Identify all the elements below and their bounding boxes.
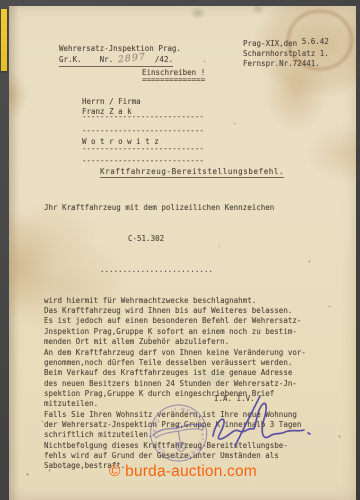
body-line: Es ist jedoch auf einen besonderen Befeh… xyxy=(44,316,324,326)
body-line: An dem Kraftfahrzeug darf von Ihnen kein… xyxy=(44,348,324,358)
body-line: Falls Sie Ihren Wohnsitz verändern,ist I… xyxy=(44,410,324,420)
dateline-place-date: Prag-XIX,den 5.6.42 xyxy=(243,39,329,49)
body-line: mitzuteilen. xyxy=(44,399,324,409)
body-line: genommen,noch dürfen Teile desselben ver… xyxy=(44,358,324,368)
address-dash-line: --------------------------- xyxy=(82,112,204,122)
body-line: Das Kraftfahrzeug wird Ihnen bis auf Wei… xyxy=(44,306,324,316)
body-line: des neuen Besitzers binnen 24 Stunden de… xyxy=(44,379,324,389)
body-line: menden Ort mit allem Zubehör abzuliefern… xyxy=(44,337,324,347)
dateline-date: 5.6.42 xyxy=(302,37,329,46)
address-dash-line: --------------------------- xyxy=(82,156,204,166)
sender-nr-label: Nr. xyxy=(100,55,114,64)
auction-photo: { "photo": { "background_color": "#47474… xyxy=(0,0,360,500)
dotted-underline: ......................... xyxy=(44,265,324,275)
dateline-place: Prag-XIX,den xyxy=(243,39,302,48)
body-line: Nichtbefolgung dieses Kraftfahrzeug-Bere… xyxy=(44,441,324,451)
body-line: der Wehrersatz-Jnspektion Prag,Gruppe K … xyxy=(44,420,324,430)
body-line: fehls wird auf Grund der Gesetze,unter U… xyxy=(44,451,324,461)
address-dash-line: --------------------------- xyxy=(82,144,204,154)
sender-year: /42. xyxy=(155,55,173,64)
sender-group: Gr.K. xyxy=(59,55,82,64)
dateline-phone: Fernspr.Nr.72441. xyxy=(243,59,320,69)
paper-specks xyxy=(9,6,10,7)
watermark: © burda-auction.com xyxy=(109,463,257,481)
handwritten-number: 2897 xyxy=(117,53,146,66)
document-title: Kraftfahrzeug-Bereitstellungsbefehl. xyxy=(100,167,284,178)
dateline-street: Scharnhorstplatz 1. xyxy=(243,49,329,59)
body-line: spektion Prag,Gruppe K durch eingeschrie… xyxy=(44,389,324,399)
body-line: Beim Verkauf des Kraftfahrzeuges ist die… xyxy=(44,368,324,378)
spacer xyxy=(146,55,155,64)
body-line: Jnspektion Prag,Gruppe K sofort an einem… xyxy=(44,327,324,337)
body-intro-line: Jhr Kraftfahrzeug mit dem polizeilichen … xyxy=(44,203,324,213)
document-title-wrap: Kraftfahrzeug-Bereitstellungsbefehl. xyxy=(100,167,284,177)
body-text: Jhr Kraftfahrzeug mit dem polizeilichen … xyxy=(44,182,324,492)
spacer xyxy=(82,55,100,64)
body-line: schriftlich mitzuteilen. xyxy=(44,430,324,440)
body-lines: wird hiermit für Wehrmachtzwecke beschla… xyxy=(44,296,324,472)
document-paper: Wehrersatz-Jnspektion Prag. Gr.K. Nr. 28… xyxy=(9,6,356,500)
signoff-initials: I.A. I.V. xyxy=(214,394,255,404)
license-plate-number: C-51.302 xyxy=(44,234,324,244)
addressee-salutation: Herrn / Firma xyxy=(82,97,141,107)
yellow-card-edge xyxy=(1,9,7,71)
body-line: wird hiermit für Wehrmachtzwecke beschla… xyxy=(44,296,324,306)
sender-reference-line: Gr.K. Nr. 2897 /42. xyxy=(59,55,173,67)
sender-office: Wehrersatz-Jnspektion Prag. xyxy=(59,44,181,54)
einschreiben-underline: ============== xyxy=(142,75,205,85)
address-dash-line: --------------------------- xyxy=(82,126,204,136)
